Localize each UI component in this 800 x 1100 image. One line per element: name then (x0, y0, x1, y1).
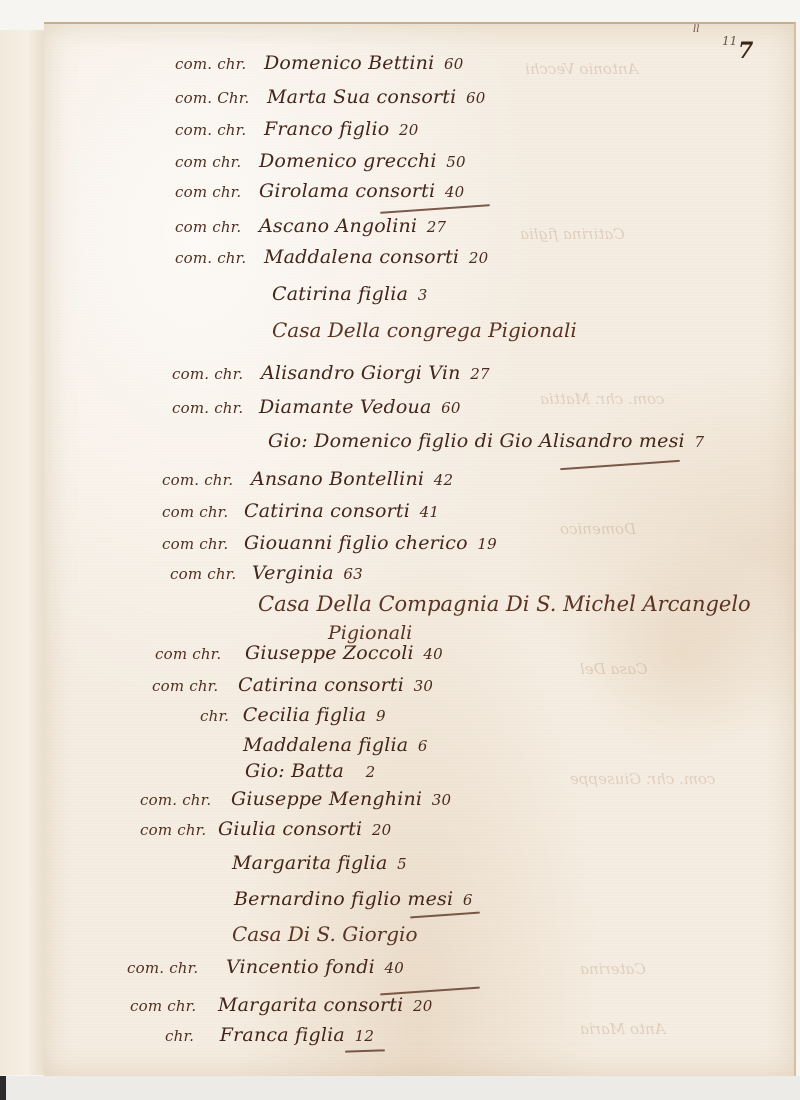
bleed-through-text: Catirina figlia (520, 225, 625, 243)
entry-prefix: com chr. (140, 821, 206, 839)
census-entry: com chr. Giuseppe Zoccoli 40 (155, 642, 443, 664)
entry-name: Diamante Vedoua (259, 396, 432, 418)
entry-age: 60 (466, 89, 486, 107)
bleed-through-text: Caterina (580, 960, 646, 978)
entry-prefix: com chr. (175, 153, 241, 171)
entry-prefix: chr. (165, 1027, 194, 1045)
entry-name: Verginia (252, 562, 334, 584)
census-entry: Maddalena figlia 6 (243, 734, 428, 756)
entry-age: 3 (418, 286, 428, 304)
census-entry: com. Chr. Marta Sua consorti 60 (175, 86, 486, 108)
entry-name: Maddalena figlia (243, 734, 408, 756)
entry-name: Giuseppe Menghini (231, 788, 422, 810)
entry-name: Giuseppe Zoccoli (245, 642, 414, 664)
entry-prefix: com. chr. (162, 471, 233, 489)
entry-age: 40 (445, 183, 465, 201)
census-entry: Catirina figlia 3 (272, 283, 427, 305)
entry-age: 27 (427, 218, 447, 236)
census-entry: Margarita figlia 5 (232, 852, 407, 874)
census-entry: com chr. Ascano Angolini 27 (175, 215, 446, 237)
entry-age: 20 (413, 997, 433, 1015)
bleed-through-text: Casa Del (580, 660, 648, 678)
entry-age: 19 (477, 535, 497, 553)
folio-mark: ll (693, 24, 699, 35)
census-entry: Gio: Batta 2 (245, 760, 375, 782)
entry-name: Maddalena consorti (264, 246, 459, 268)
census-entry: com chr. Margarita consorti 20 (130, 994, 433, 1016)
census-entry: com. chr. Giuseppe Menghini 30 (140, 788, 451, 810)
bleed-through-text: com. chr. Giuseppe (570, 770, 715, 788)
census-entry: Bernardino figlio mesi 6 (234, 888, 473, 910)
entry-age: 27 (470, 365, 490, 383)
scanned-document: Antonio Vecchi Catirina figlia com. chr.… (0, 0, 800, 1100)
entry-name: Franca figlia (220, 1024, 345, 1046)
entry-name: Domenico Bettini (264, 52, 434, 74)
entry-age: 6 (463, 891, 473, 909)
scan-bottom-margin (0, 1076, 800, 1100)
entry-age: 7 (694, 433, 704, 451)
household-heading: Casa Di S. Giorgio (232, 922, 417, 946)
census-entry: com. chr. Alisandro Giorgi Vin 27 (172, 362, 490, 384)
census-entry: com chr. Domenico grecchi 50 (175, 150, 466, 172)
census-entry: com. chr. Vincentio fondi 40 (127, 956, 404, 978)
entry-age: 40 (385, 959, 405, 977)
entry-name: Domenico grecchi (259, 150, 437, 172)
entry-age: 6 (418, 737, 428, 755)
census-entry: com chr. Verginia 63 (170, 562, 363, 584)
entry-name: Bernardino figlio mesi (234, 888, 453, 910)
census-entry: com chr. Catirina consorti 41 (162, 500, 439, 522)
entry-prefix: com chr. (162, 535, 228, 553)
entry-prefix: chr. (200, 707, 229, 725)
census-entry: com. chr. Domenico Bettini 60 (175, 52, 464, 74)
entry-age: 30 (414, 677, 434, 695)
entry-name: Ansano Bontellini (251, 468, 424, 490)
household-heading: Casa Della Compagnia Di S. Michel Arcang… (258, 592, 751, 616)
entry-name: Alisandro Giorgi Vin (261, 362, 461, 384)
entry-age: 20 (372, 821, 392, 839)
entry-age: 20 (399, 121, 419, 139)
census-entry: chr. Cecilia figlia 9 (200, 704, 386, 726)
entry-prefix: com chr. (130, 997, 196, 1015)
entry-name: Catirina figlia (272, 283, 408, 305)
household-subheading: Pigionali (328, 622, 412, 644)
bleed-through-text: Anto Maria (580, 1020, 666, 1038)
entry-age: 50 (446, 153, 466, 171)
left-binding-leaf (0, 30, 47, 1075)
entry-prefix: com. chr. (175, 249, 246, 267)
census-entry: com. chr. Franco figlio 20 (175, 118, 418, 140)
entry-age: 9 (376, 707, 386, 725)
entry-name: Franco figlio (264, 118, 389, 140)
entry-age: 42 (434, 471, 454, 489)
entry-name: Girolama consorti (259, 180, 435, 202)
entry-name: Gio: Domenico figlio di Gio Alisandro me… (268, 430, 685, 452)
entry-name: Giulia consorti (218, 818, 362, 840)
census-entry: com chr. Giulia consorti 20 (140, 818, 391, 840)
entry-age: 20 (469, 249, 489, 267)
folio-main-number: 7 (738, 38, 753, 64)
census-entry: com. chr. Diamante Vedoua 60 (172, 396, 461, 418)
entry-name: Ascano Angolini (259, 215, 417, 237)
entry-name: Giouanni figlio cherico (244, 532, 468, 554)
entry-age: 60 (441, 399, 461, 417)
entry-prefix: com chr. (162, 503, 228, 521)
household-heading: Casa Della congrega Pigionali (272, 318, 577, 342)
entry-age: 40 (423, 645, 443, 663)
entry-prefix: com. chr. (140, 791, 211, 809)
entry-name: Marta Sua consorti (267, 86, 456, 108)
entry-name: Vincentio fondi (226, 956, 375, 978)
census-entry: chr. Franca figlia 12 (165, 1024, 374, 1046)
entry-age: 5 (397, 855, 407, 873)
census-entry: com. chr. Maddalena consorti 20 (175, 246, 488, 268)
entry-age: 63 (343, 565, 363, 583)
folio-number: 11 (722, 34, 737, 48)
entry-prefix: com. chr. (127, 959, 198, 977)
entry-prefix: com chr. (152, 677, 218, 695)
entry-name: Cecilia figlia (243, 704, 367, 726)
census-entry: Gio: Domenico figlio di Gio Alisandro me… (268, 430, 704, 452)
entry-prefix: com. Chr. (175, 89, 249, 107)
census-entry: com chr. Girolama consorti 40 (175, 180, 464, 202)
census-entry: com. chr. Ansano Bontellini 42 (162, 468, 453, 490)
entry-name: Gio: Batta (245, 760, 344, 782)
bleed-through-text: Antonio Vecchi (525, 60, 638, 78)
entry-name: Catirina consorti (238, 674, 404, 696)
entry-prefix: com chr. (170, 565, 236, 583)
entry-prefix: com. chr. (172, 365, 243, 383)
entry-age: 41 (420, 503, 440, 521)
entry-prefix: com chr. (175, 218, 241, 236)
entry-prefix: com chr. (155, 645, 221, 663)
entry-age: 12 (355, 1027, 375, 1045)
entry-name: Margarita consorti (218, 994, 403, 1016)
entry-prefix: com chr. (175, 183, 241, 201)
entry-age: 30 (432, 791, 452, 809)
bleed-through-text: Domenico (560, 520, 636, 538)
scan-edge (0, 1076, 6, 1100)
bleed-through-text: com. chr. Mattia (540, 390, 664, 408)
entry-prefix: com. chr. (175, 55, 246, 73)
entry-age: 2 (366, 763, 376, 781)
census-entry: com chr. Giouanni figlio cherico 19 (162, 532, 497, 554)
entry-prefix: com. chr. (172, 399, 243, 417)
entry-prefix: com. chr. (175, 121, 246, 139)
entry-name: Catirina consorti (244, 500, 410, 522)
census-entry: com chr. Catirina consorti 30 (152, 674, 433, 696)
entry-age: 60 (444, 55, 464, 73)
entry-name: Margarita figlia (232, 852, 387, 874)
